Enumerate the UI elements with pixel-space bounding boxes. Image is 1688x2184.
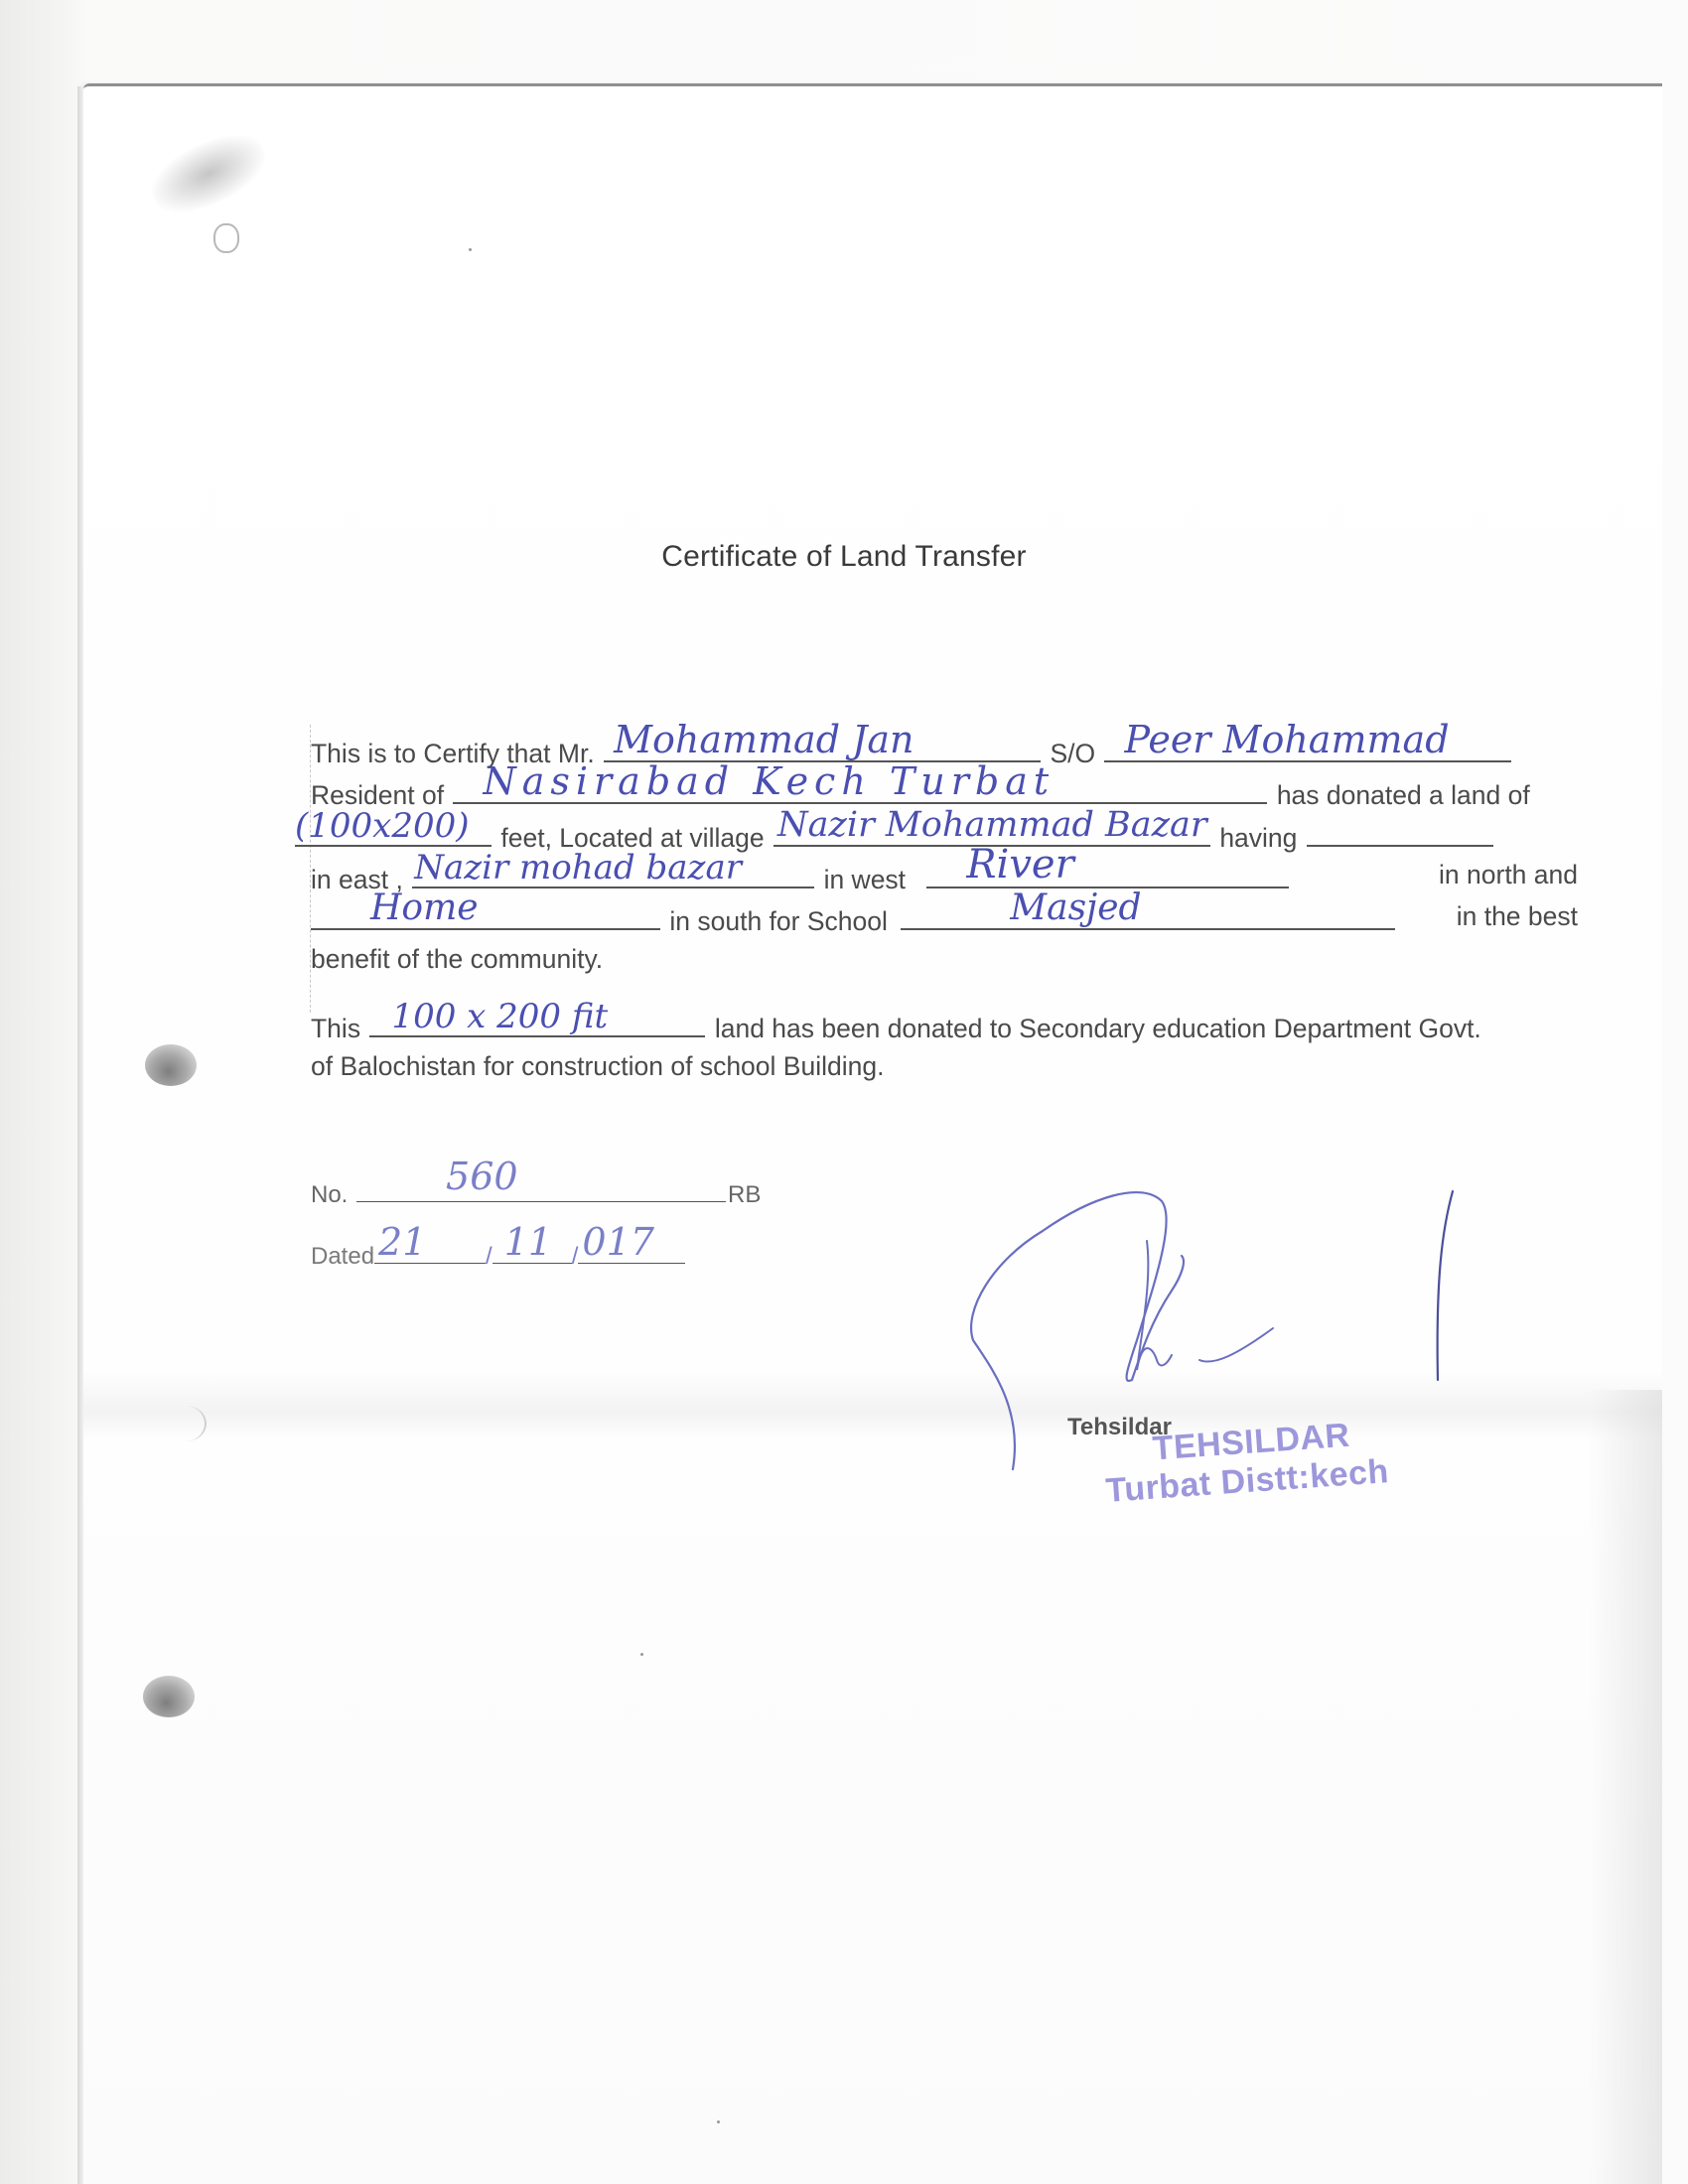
donation-line: This 100 x 200 fit land has been donated… xyxy=(311,1006,1582,1041)
south-value: Masjed xyxy=(1010,890,1141,926)
north-value: Home xyxy=(370,890,479,926)
speck xyxy=(717,2120,720,2123)
dated-label: Dated xyxy=(311,1243,374,1270)
east-value: Nazir mohad bazar xyxy=(414,851,742,885)
stain-mark xyxy=(213,223,239,253)
punch-hole xyxy=(143,1676,195,1717)
donation-size-value: 100 x 200 fit xyxy=(391,1000,608,1033)
father-name-value: Peer Mohammad xyxy=(1124,721,1449,758)
west-value: River xyxy=(966,845,1073,885)
donation-line-2: of Balochistan for construction of schoo… xyxy=(311,1048,1582,1084)
punch-ring-mark xyxy=(165,1406,207,1441)
speck xyxy=(469,248,472,251)
village-value: Nazir Mohammad Bazar xyxy=(777,808,1207,843)
paper-shadow xyxy=(1589,1390,1662,2184)
south-field: Masjed xyxy=(901,898,1395,930)
month-value: 11 xyxy=(504,1223,552,1261)
east-line: in east , Nazir mohad bazar in west Rive… xyxy=(311,857,1582,892)
north-label: in north and xyxy=(1439,857,1578,897)
no-label: No. xyxy=(311,1181,348,1208)
so-label: S/O xyxy=(1050,739,1095,768)
resident-line: Resident of Nasirabad Kech Turbat has do… xyxy=(311,772,1582,808)
size-line: (100x200) feet, Located at village Nazir… xyxy=(295,815,1566,851)
size-value: (100x200) xyxy=(295,809,470,843)
south-line: Home in south for School Masjed in the b… xyxy=(311,898,1582,934)
day-value: 21 xyxy=(378,1223,426,1261)
west-label: in west xyxy=(824,865,906,894)
no-field: 560 xyxy=(356,1171,726,1202)
year-value: 017 xyxy=(582,1223,654,1261)
having-field xyxy=(1307,815,1493,847)
size-field: (100x200) xyxy=(295,815,492,847)
name-field: Mohammad Jan xyxy=(604,731,1041,762)
name-value: Mohammad Jan xyxy=(614,721,914,758)
having-label: having xyxy=(1219,823,1297,853)
resident-suffix: has donated a land of xyxy=(1277,780,1530,810)
father-name-field: Peer Mohammad xyxy=(1104,731,1511,762)
residence-field: Nasirabad Kech Turbat xyxy=(453,772,1267,804)
year-field: 017 xyxy=(578,1233,685,1264)
donation-suffix: land has been donated to Secondary educa… xyxy=(715,1014,1481,1043)
donation-size-field: 100 x 200 fit xyxy=(369,1006,705,1037)
rb-label: RB xyxy=(728,1181,761,1208)
document-title: Certificate of Land Transfer xyxy=(0,540,1688,574)
benefit-line: benefit of the community. xyxy=(311,941,1582,977)
south-mid: in south for School xyxy=(669,906,888,936)
day-field: 21 xyxy=(374,1233,486,1264)
east-field: Nazir mohad bazar xyxy=(412,857,814,888)
donation-prefix: This xyxy=(311,1014,360,1043)
residence-value: Nasirabad Kech Turbat xyxy=(483,762,1055,800)
best-label: in the best xyxy=(1457,898,1578,939)
north-field: Home xyxy=(311,898,660,930)
speck xyxy=(640,1653,643,1656)
no-value: 560 xyxy=(446,1158,518,1195)
paper-sheet xyxy=(83,83,1662,2184)
month-field: 11 xyxy=(492,1233,572,1264)
punch-hole xyxy=(145,1044,197,1086)
west-field: River xyxy=(926,857,1289,888)
